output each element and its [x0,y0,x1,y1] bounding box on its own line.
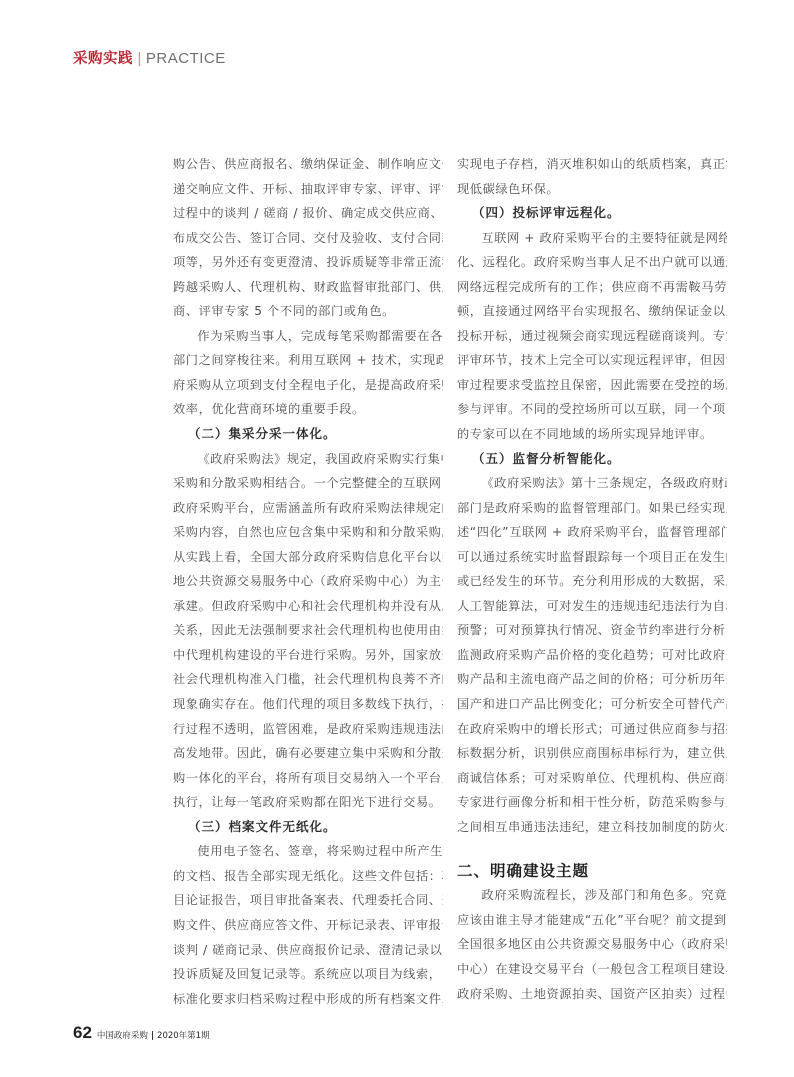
text-line: 之间相互串通违法违纪，建立科技加制度的防火墙。 [457,815,727,840]
text-line: 关系，因此无法强制要求社会代理机构也使用由集 [173,618,443,643]
text-line: 政府采购平台，应需涵盖所有政府采购法律规定的 [173,496,443,521]
text-line: 府采购从立项到支付全程电子化，是提高政府采购 [173,373,443,398]
text-line: 顿，直接通过网络平台实现报名、缴纳保证金以及 [457,299,727,324]
text-line: 评审环节，技术上完全可以实现远程评审，但因评 [457,348,727,373]
text-line: 在政府采购中的增长形式；可通过供应商参与招投 [457,717,727,742]
text-line: 监测政府采购产品价格的变化趋势；可对比政府采 [457,643,727,668]
text-line: 执行，让每一笔政府采购都在阳光下进行交易。 [173,790,443,815]
text-line: 标准化要求归档采购过程中形成的所有档案文件， [173,987,443,1012]
paragraph: 实现电子存档，消灭堆积如山的纸质档案，真正实现低碳绿色环保。 [457,152,727,201]
text-line: 中心）在建设交易平台（一般包含工程项目建设、 [457,957,727,982]
text-line: 政府采购流程长，涉及部门和角色多。究竟 [457,883,727,908]
text-line: 效率，优化营商环境的重要手段。 [173,397,443,422]
text-line: 网络远程完成所有的工作；供应商不再需鞍马劳 [457,275,727,300]
text-line: 互联网 + 政府采购平台的主要特征就是网络 [457,226,727,251]
paragraph: 使用电子签名、签章，将采购过程中所产生的文档、报告全部实现无纸化。这些文件包括：… [173,839,443,1011]
text-line: 国产和进口产品比例变化；可分析安全可替代产品 [457,692,727,717]
subheading-paperless-archives: （三）档案文件无纸化。 [173,815,443,840]
paragraph: 政府采购流程长，涉及部门和角色多。究竟应该由谁主导才能建成“五化”平台呢？前文提… [457,883,727,1006]
text-line: 《政府采购法》规定，我国政府采购实行集中 [173,447,443,472]
paragraph: 互联网 + 政府采购平台的主要特征就是网络化、远程化。政府采购当事人足不出户就可… [457,226,727,447]
text-line: 的文档、报告全部实现无纸化。这些文件包括：项 [173,864,443,889]
text-line: 项等，另外还有变更澄清、投诉质疑等非常正流程； [173,250,443,275]
magazine-name: 中国政府采购 [97,1029,148,1041]
text-line: 使用电子签名、签章，将采购过程中所产生 [173,839,443,864]
text-line: 递交响应文件、开标、抽取评审专家、评审、评审 [173,177,443,202]
text-line: 部门是政府采购的监督管理部门。如果已经实现上 [457,496,727,521]
text-line: 购文件、供应商应答文件、开标记录表、评审报告、 [173,913,443,938]
section-heading-clarify-theme: 二、明确建设主题 [457,859,727,883]
text-line: 中代理机构建设的平台进行采购。另外，国家放开 [173,643,443,668]
text-line: 全国很多地区由公共资源交易服务中心（政府采购 [457,932,727,957]
text-line: 预警；可对预算执行情况、资金节约率进行分析；可 [457,618,727,643]
footer-separator: | [151,1031,154,1041]
page-footer: 62 中国政府采购 | 2020年第1期 [73,1023,210,1043]
text-line: 可以通过系统实时监督跟踪每一个项目正在发生的 [457,545,727,570]
text-line: 地公共资源交易服务中心（政府采购中心）为主体 [173,569,443,594]
paragraph: 作为采购当事人，完成每笔采购都需要在各部门之间穿梭往来。利用互联网 + 技术，实… [173,324,443,422]
right-column: 实现电子存档，消灭堆积如山的纸质档案，真正实现低碳绿色环保。 （四）投标评审远程… [457,152,727,1006]
text-line: 过程中的谈判 / 磋商 / 报价、确定成交供应商、发 [173,201,443,226]
text-line: 承建。但政府采购中心和社会代理机构并没有从属 [173,594,443,619]
text-line: 政府采购、土地资源拍卖、国资产区拍卖）过程中， [457,982,727,1007]
subheading-centralized-decentralized: （二）集采分采一体化。 [173,422,443,447]
subheading-remote-bidding-review: （四）投标评审远程化。 [457,201,727,226]
section-title: 采购实践 [73,50,133,68]
text-line: 采购和分散采购相结合。一个完整健全的互联网 + [173,471,443,496]
paragraph: 购公告、供应商报名、缴纳保证金、制作响应文件、递交响应文件、开标、抽取评审专家、… [173,152,443,324]
text-line: 高发地带。因此，确有必要建立集中采购和分散采 [173,741,443,766]
text-line: 投诉质疑及回复记录等。系统应以项目为线索，以 [173,962,443,987]
text-line: 作为采购当事人，完成每笔采购都需要在各 [173,324,443,349]
text-line: 《政府采购法》第十三条规定，各级政府财政 [457,471,727,496]
subheading-intelligent-supervision: （五）监督分析智能化。 [457,447,727,472]
text-line: 购产品和主流电商产品之间的价格；可分析历年来 [457,667,727,692]
text-line: 实现电子存档，消灭堆积如山的纸质档案，真正实 [457,152,727,177]
paragraph: 《政府采购法》第十三条规定，各级政府财政部门是政府采购的监督管理部门。如果已经实… [457,471,727,839]
text-line: 购公告、供应商报名、缴纳保证金、制作响应文件、 [173,152,443,177]
text-line: 商诚信体系；可对采购单位、代理机构、供应商和 [457,766,727,791]
text-line: 布成交公告、签订合同、交付及验收、支付合同款 [173,226,443,251]
text-line: 谈判 / 磋商记录、供应商报价记录、澄清记录以及 [173,938,443,963]
text-line: 部门之间穿梭往来。利用互联网 + 技术，实现政 [173,348,443,373]
text-line: 跨越采购人、代理机构、财政监督审批部门、供应 [173,275,443,300]
text-line: 或已经发生的环节。充分利用形成的大数据，采用 [457,569,727,594]
text-line: 购一体化的平台，将所有项目交易纳入一个平台上 [173,766,443,791]
text-line: 应该由谁主导才能建成“五化”平台呢？前文提到， [457,908,727,933]
text-line: 投标开标，通过视频会商实现远程磋商谈判。专家 [457,324,727,349]
issue-label: 2020年第1期 [157,1029,210,1041]
text-line: 现低碳绿色环保。 [457,177,727,202]
text-line: 行过程不透明，监管困难，是政府采购违规违法的 [173,717,443,742]
text-line: 人工智能算法，可对发生的违规违纪违法行为自动 [457,594,727,619]
text-line: 标数据分析，识别供应商围标串标行为，建立供应 [457,741,727,766]
text-line: 目论证报告，项目审批备案表、代理委托合同、采 [173,888,443,913]
text-line: 从实践上看，全国大部分政府采购信息化平台以各 [173,545,443,570]
text-line: 的专家可以在不同地域的场所实现异地评审。 [457,422,727,447]
text-line: 参与评审。不同的受控场所可以互联，同一个项目 [457,397,727,422]
text-line: 审过程要求受监控且保密，因此需要在受控的场所 [457,373,727,398]
left-column: 购公告、供应商报名、缴纳保证金、制作响应文件、递交响应文件、开标、抽取评审专家、… [173,152,443,1011]
text-line: 采购内容，自然也应包含集中采购和和分散采购。 [173,520,443,545]
text-line: 述“四化”互联网 + 政府采购平台，监督管理部门 [457,520,727,545]
running-header: 采购实践 | PRACTICE [73,50,226,68]
page-number: 62 [73,1023,92,1043]
section-title-english: PRACTICE [146,50,226,68]
paragraph: 《政府采购法》规定，我国政府采购实行集中采购和分散采购相结合。一个完整健全的互联… [173,447,443,815]
text-line: 化、远程化。政府采购当事人足不出户就可以通过 [457,250,727,275]
text-line: 社会代理机构准入门槛，社会代理机构良莠不齐的 [173,667,443,692]
text-line: 专家进行画像分析和相干性分析，防范采购参与人 [457,790,727,815]
text-line: 商、评审专家 5 个不同的部门或角色。 [173,299,443,324]
text-line: 现象确实存在。他们代理的项目多数线下执行，执 [173,692,443,717]
header-separator: | [137,50,142,68]
